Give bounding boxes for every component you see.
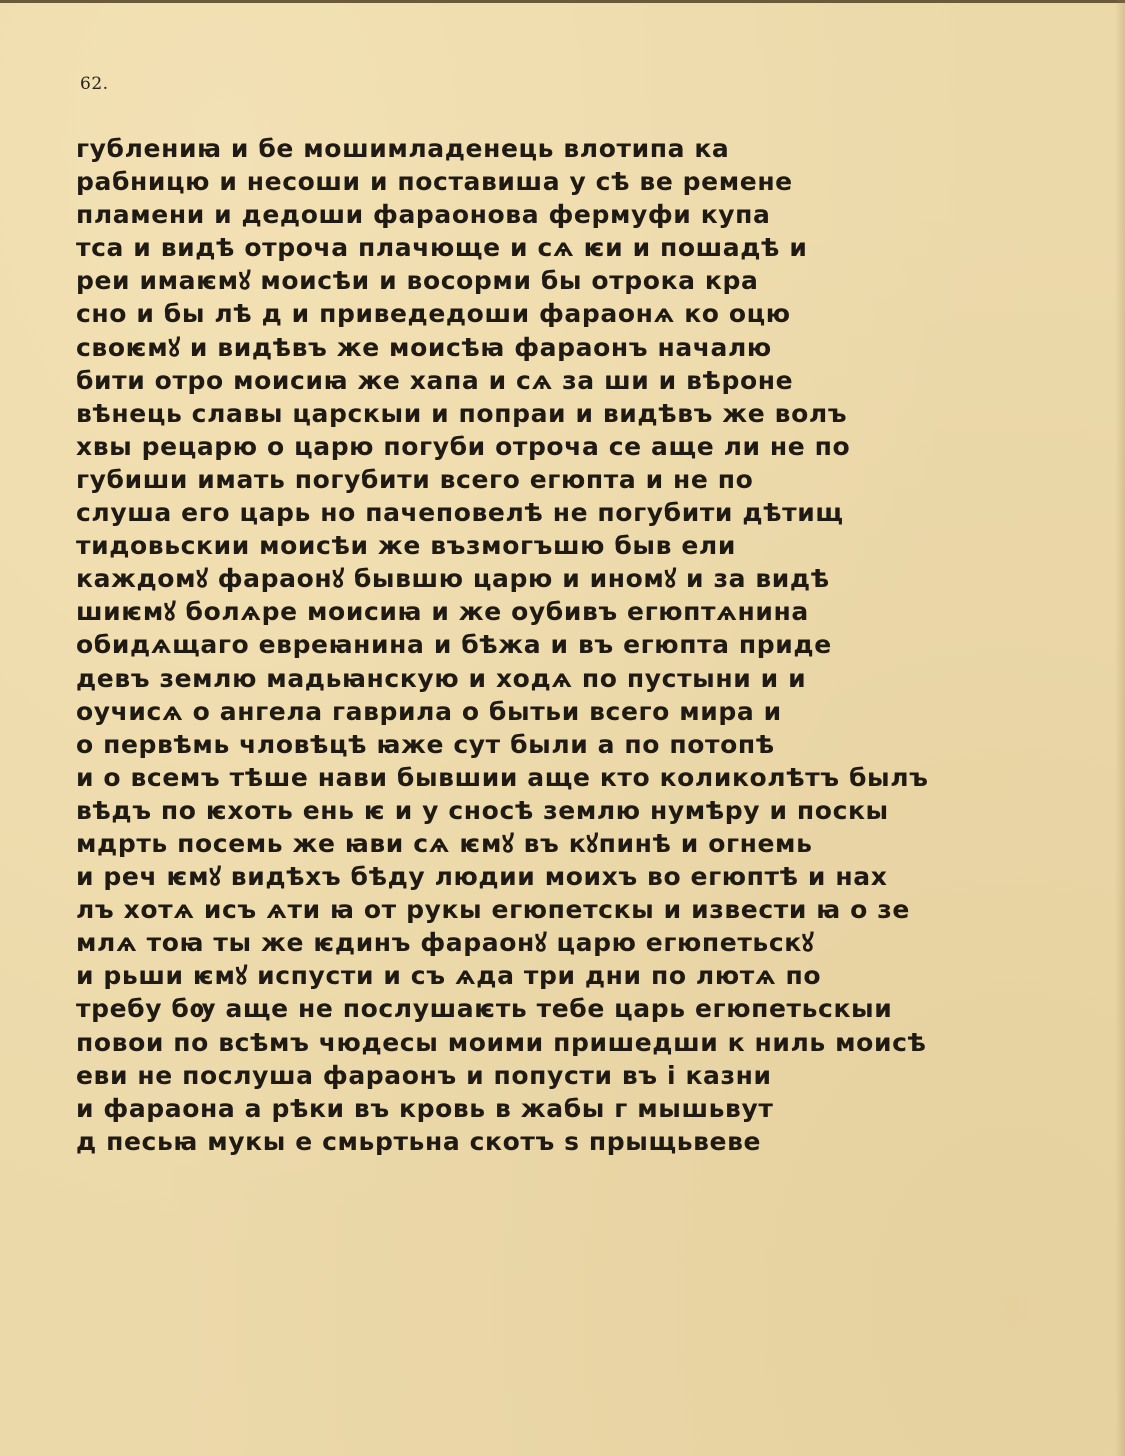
manuscript-line-30: и фараона а рѣки въ кровь в жабы г мышьв… xyxy=(76,1092,1061,1125)
manuscript-line-9: вѣнець славы царскыи и попраи и видѣвъ ж… xyxy=(76,397,1061,430)
manuscript-line-20: и о всемъ тѣше нави бывшии аще кто колик… xyxy=(76,761,1061,794)
manuscript-line-13: тидовьскии моисѣи же възмогъшю быв ели xyxy=(76,529,1061,562)
manuscript-line-1: гублениꙗ и бе мошимладенець влотипа ка xyxy=(76,132,1061,165)
manuscript-line-19: о первѣмь чловѣцѣ ꙗже сут были а по пото… xyxy=(76,728,1061,761)
manuscript-line-16: обидѧщаго евреꙗнина и бѣжа и въ егюпта п… xyxy=(76,628,1061,661)
manuscript-line-4: тса и видѣ отроча плачюще и сѧ ѥи и поша… xyxy=(76,231,1061,264)
manuscript-line-28: повои по всѣмъ чюдесы моими пришедши к н… xyxy=(76,1026,1061,1059)
page-top-edge xyxy=(0,0,1125,3)
manuscript-line-17: девъ землю мадьꙗнскую и ходѧ по пустыни … xyxy=(76,662,1061,695)
manuscript-line-10: хвы рецарю о царю погуби отроча се аще л… xyxy=(76,430,1061,463)
manuscript-line-5: реи имаѥмꙋ моисѣи и восорми бы отрока кр… xyxy=(76,264,1061,297)
manuscript-text-block: гублениꙗ и бе мошимладенець влотипа ка р… xyxy=(76,132,1061,1158)
page-right-edge xyxy=(1115,0,1125,1456)
page-number: 62. xyxy=(80,74,109,94)
manuscript-line-23: и реч ѥмꙋ видѣхъ бѣду людии моихъ во егю… xyxy=(76,860,1061,893)
manuscript-line-22: мдрть посемь же ꙗви сѧ ѥмꙋ въ кꙋпинѣ и о… xyxy=(76,827,1061,860)
manuscript-line-14: каждомꙋ фараонꙋ бывшю царю и иномꙋ и за … xyxy=(76,562,1061,595)
manuscript-line-11: губиши имать погубити всего егюпта и не … xyxy=(76,463,1061,496)
manuscript-line-24: лъ хотѧ исъ ѧти ꙗ от рукы егюпетскы и из… xyxy=(76,893,1061,926)
manuscript-line-15: шиѥмꙋ болѧре моисиꙗ и же оубивъ егюптѧни… xyxy=(76,595,1061,628)
manuscript-line-3: пламени и дедоши фараонова фермуфи купа xyxy=(76,198,1061,231)
manuscript-line-6: сно и бы лѣ д и приведедоши фараонѧ ко о… xyxy=(76,297,1061,330)
manuscript-line-29: еви не послуша фараонъ и попусти въ і ка… xyxy=(76,1059,1061,1092)
manuscript-line-27: требу бѹ аще не послушаѥть тебе царь егю… xyxy=(76,992,1061,1025)
manuscript-line-21: вѣдъ по ѥхоть ень ѥ и у сносѣ землю нумѣ… xyxy=(76,794,1061,827)
manuscript-line-2: рабницю и несоши и поставиша у сѣ ве рем… xyxy=(76,165,1061,198)
manuscript-line-26: и рьши ѥмꙋ испусти и съ ѧда три дни по л… xyxy=(76,959,1061,992)
manuscript-line-7: своѥмꙋ и видѣвъ же моисѣꙗ фараонъ началю xyxy=(76,331,1061,364)
manuscript-line-25: млѧ тоꙗ ты же ѥдинъ фараонꙋ царю егюпеть… xyxy=(76,926,1061,959)
manuscript-line-12: слуша его царь но пачеповелѣ не погубити… xyxy=(76,496,1061,529)
manuscript-line-18: оучисѧ о ангела гаврила о бытьи всего ми… xyxy=(76,695,1061,728)
manuscript-line-8: бити отро моисиꙗ же хапа и сѧ за ши и вѣ… xyxy=(76,364,1061,397)
manuscript-line-31: д песьꙗ мукы е смьртьна скотъ ѕ прыщьвев… xyxy=(76,1125,1061,1158)
